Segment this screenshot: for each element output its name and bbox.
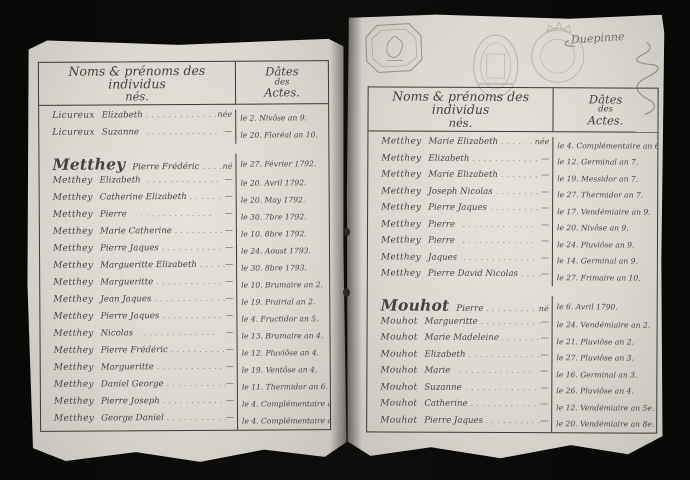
surname: Metthey xyxy=(53,278,93,288)
leader-dots: . . . . . . . . . . . . . xyxy=(487,204,541,212)
surname: Metthey xyxy=(53,244,93,254)
leader-dots: . . . . . . . . . . . . . xyxy=(164,380,226,388)
given-names: Margueritte xyxy=(425,316,478,326)
born-label: — xyxy=(225,243,233,252)
surname: Metthey xyxy=(381,186,421,196)
act-date: le 10. 8bre 1792. xyxy=(236,225,329,243)
binding-speck xyxy=(344,228,350,236)
leader-dots: . . . . . . . . . . . . . xyxy=(455,237,541,245)
name-cell: MettheyPierre. . . . . . . . . . . . .— xyxy=(368,219,552,230)
born-label: — xyxy=(541,269,549,278)
name-cell: MettheyMargueritte. . . . . . . . . . . … xyxy=(40,277,236,288)
register-table-right: Noms & prénoms des individus nés. Dâtes … xyxy=(366,86,659,433)
born-label: — xyxy=(540,350,548,359)
given-names: Elizabeth xyxy=(102,110,143,120)
act-date: le 14. Germinal an 9. xyxy=(552,253,657,270)
born-label: — xyxy=(541,317,549,326)
given-names: Pierre xyxy=(428,236,455,246)
surname: Metthey xyxy=(52,154,125,173)
surname: Licureux xyxy=(52,111,95,121)
given-names: Catherine xyxy=(424,399,467,409)
name-cell: MettheyPierre Frédéric. . . . . . . . . … xyxy=(39,154,235,174)
surname: Metthey xyxy=(381,202,421,212)
leader-dots: . . . . . . . . . . . . . xyxy=(159,244,225,252)
act-date: le 4. Complémentaire an 6. xyxy=(552,137,657,154)
act-date: le 19. Messidor an 7. xyxy=(552,170,657,187)
born-label: — xyxy=(541,187,549,196)
born-label: — xyxy=(225,192,233,201)
binding-speck xyxy=(343,288,350,297)
act-date: le 20. Floréal an 10. xyxy=(235,126,328,144)
given-names: Pierre Jaques xyxy=(424,415,483,425)
surname: Mouhot xyxy=(381,295,450,314)
leader-dots: . . . . . . . . . . . . . xyxy=(518,270,541,278)
leader-dots: . . . . . . . . . . . . . xyxy=(493,187,542,195)
surname: Metthey xyxy=(54,363,94,373)
leader-dots: . . . . . . . . . . . . . xyxy=(151,295,225,303)
register-row: MettheyJean Jaques. . . . . . . . . . . … xyxy=(40,293,329,312)
register-row: MettheyMarie Elizabeth. . . . . . . . . … xyxy=(368,136,657,154)
act-date: le 4. Fructidor an 5. xyxy=(236,310,329,328)
surname: Metthey xyxy=(381,252,421,262)
surname: Mouhot xyxy=(380,365,417,375)
surname: Licureux xyxy=(52,128,95,138)
surname: Metthey xyxy=(381,235,421,245)
given-names: Jaques xyxy=(428,252,457,262)
surname: Metthey xyxy=(54,380,94,390)
surname: Metthey xyxy=(53,261,93,271)
register-row: MettheyJaques. . . . . . . . . . . . .—l… xyxy=(368,252,657,270)
act-date: le 24. Aoust 1793. xyxy=(236,242,329,260)
register-row: MettheyMarie Catherine. . . . . . . . . … xyxy=(40,225,329,244)
leader-dots: . . . . . . . . . . . . . xyxy=(197,261,225,269)
names-column-header: Noms & prénoms des individus nés. xyxy=(368,87,552,131)
surname: Metthey xyxy=(54,414,94,424)
leader-dots: . . . . . . . . . . . . . xyxy=(153,278,225,286)
given-names: Margueritte xyxy=(101,362,154,372)
given-names: Marie Elizabeth xyxy=(428,170,498,180)
born-label: — xyxy=(225,175,233,184)
born-label: — xyxy=(541,154,549,163)
leader-dots: . . . . . . . . . . . . . xyxy=(455,220,541,228)
act-date: le 6. Avril 1790. xyxy=(552,296,657,317)
act-date: le 30. 7bre 1792. xyxy=(236,208,329,226)
surname: Metthey xyxy=(53,176,93,186)
surname: Mouhot xyxy=(380,398,417,408)
act-date: le 24. Pluviôse an 9. xyxy=(552,236,657,253)
given-names: Nicolas xyxy=(101,328,134,338)
surname: Metthey xyxy=(381,153,421,163)
born-label: — xyxy=(541,253,549,262)
given-names: Pierre Frédéric xyxy=(132,162,199,172)
given-names: Joseph Nicolas xyxy=(428,186,492,196)
leader-dots: . . . . . . . . . . . . . xyxy=(133,329,225,338)
names-column-header: Noms & prénoms des individus nés. xyxy=(39,62,235,105)
header-names-line2: nés. xyxy=(368,116,552,129)
leader-dots: . . . . . . . . . . . . . xyxy=(139,128,224,137)
surname: Mouhot xyxy=(380,349,417,359)
name-cell: MouhotPierre. . . . . . . . . . . . .né xyxy=(368,295,552,315)
surname: Mouhot xyxy=(380,415,417,425)
leader-dots: . . . . . . . . . . . . . xyxy=(450,367,540,375)
name-cell: MettheyNicolas. . . . . . . . . . . . .— xyxy=(40,328,236,339)
born-label: — xyxy=(225,209,233,218)
surname: Metthey xyxy=(53,312,93,322)
born-label: — xyxy=(224,127,232,136)
register-page-right: Duepinne Noms & prénoms des individus né… xyxy=(345,13,665,460)
table-header-left: Noms & prénoms des individus nés. Dâtes … xyxy=(39,61,328,106)
surname: Metthey xyxy=(381,219,421,229)
register-row: MettheyJoseph Nicolas. . . . . . . . . .… xyxy=(368,186,657,204)
name-cell: MouhotMarie. . . . . . . . . . . . .— xyxy=(367,365,551,376)
leader-dots: . . . . . . . . . . . . . xyxy=(498,171,541,179)
given-names: Suzanne xyxy=(102,127,139,137)
register-row: MettheyDaniel George. . . . . . . . . . … xyxy=(41,378,330,397)
born-label: — xyxy=(225,260,233,269)
name-cell: MettheyPierre Frédéric. . . . . . . . . … xyxy=(41,345,237,356)
leader-dots: . . . . . . . . . . . . . xyxy=(154,363,226,371)
header-dates-line3: Actes. xyxy=(236,87,328,100)
register-row: MouhotMarie. . . . . . . . . . . . .—le … xyxy=(367,365,656,383)
surname: Mouhot xyxy=(381,316,418,326)
act-date: le 10. Brumaire an 2. xyxy=(236,276,329,294)
given-names: Jean Jaques xyxy=(100,294,151,304)
surname: Metthey xyxy=(54,346,94,356)
leader-dots: . . . . . . . . . . . . . xyxy=(499,334,541,342)
name-cell: MettheyGeorge Daniel. . . . . . . . . . … xyxy=(41,413,237,424)
register-row: MettheyPierre Frédéric. . . . . . . . . … xyxy=(41,344,330,363)
register-row: MettheyMargueritte Elizabeth. . . . . . … xyxy=(40,259,329,278)
name-cell: MouhotSuzanne. . . . . . . . . . . . .— xyxy=(367,382,551,393)
register-row: MettheyPierre Joseph. . . . . . . . . . … xyxy=(41,395,330,414)
name-cell: MettheyMargueritte Elizabeth. . . . . . … xyxy=(40,260,236,271)
given-names: Elizabeth xyxy=(425,349,466,359)
dates-column-header: Dâtes des Actes. xyxy=(235,61,328,104)
act-date: le 17. Vendémiaire an 9. xyxy=(552,203,657,220)
name-cell: MettheyPierre. . . . . . . . . . . . .— xyxy=(368,235,552,246)
given-names: Marie xyxy=(424,366,450,376)
act-date: le 20. Nivôse an 9. xyxy=(552,220,657,237)
given-names: Elizabeth xyxy=(100,175,141,185)
born-label: — xyxy=(226,379,234,388)
given-names: Pierre xyxy=(428,219,455,229)
given-names: Elizabeth xyxy=(428,153,469,163)
name-cell: MettheyDaniel George. . . . . . . . . . … xyxy=(41,379,237,390)
born-label: — xyxy=(540,366,548,375)
table-header-right: Noms & prénoms des individus nés. Dâtes … xyxy=(368,87,657,132)
born-label: — xyxy=(541,170,549,179)
name-cell: MettheyJaques. . . . . . . . . . . . .— xyxy=(368,252,552,263)
given-names: Pierre Joseph xyxy=(101,396,160,406)
register-row: LicureuxElizabeth. . . . . . . . . . . .… xyxy=(39,109,328,128)
act-date: le 24. Vendémiaire an 2. xyxy=(552,317,657,334)
register-row: MouhotSuzanne. . . . . . . . . . . . .—l… xyxy=(367,382,656,400)
register-row: MettheyNicolas. . . . . . . . . . . . .—… xyxy=(40,327,329,346)
entry-group: MettheyMarie Elizabeth. . . . . . . . . … xyxy=(368,136,658,286)
act-date: le 27. Thermidor an 7. xyxy=(552,187,657,204)
given-names: Catherine Elizabeth xyxy=(100,192,187,203)
name-cell: MettheyPierre Joseph. . . . . . . . . . … xyxy=(41,396,237,407)
leader-dots: . . . . . . . . . . . . . xyxy=(160,397,226,405)
name-cell: MouhotMarie Madeleine. . . . . . . . . .… xyxy=(368,332,552,343)
born-label: — xyxy=(225,226,233,235)
surname: Mouhot xyxy=(381,332,418,342)
born-label: — xyxy=(541,333,549,342)
name-cell: MettheyPierre David Nicolas. . . . . . .… xyxy=(368,268,552,279)
register-row: MettheyElizabeth. . . . . . . . . . . . … xyxy=(40,174,329,193)
born-label: — xyxy=(541,220,549,229)
given-names: Suzanne xyxy=(424,382,461,392)
register-row: MettheyMarie Elizabeth. . . . . . . . . … xyxy=(368,169,657,187)
given-names: Pierre Jaques xyxy=(100,243,159,253)
entry-group: LicureuxElizabeth. . . . . . . . . . . .… xyxy=(39,109,328,145)
born-label: — xyxy=(540,399,548,408)
given-names: Margueritte Elizabeth xyxy=(100,260,197,271)
act-date: le 20. Vendémiaire an 8e. xyxy=(551,416,656,433)
register-page-left: Noms & prénoms des individus nés. Dâtes … xyxy=(25,37,348,463)
entry-group: MettheyPierre Frédéric. . . . . . . . . … xyxy=(39,153,330,431)
register-row: MouhotMargueritte. . . . . . . . . . . .… xyxy=(368,316,657,334)
leader-dots: . . . . . . . . . . . . . xyxy=(483,304,538,312)
act-date: le 12. Pluviôse an 4. xyxy=(237,344,330,362)
register-row: MouhotCatherine. . . . . . . . . . . . .… xyxy=(367,398,656,416)
given-names: Marie Elizabeth xyxy=(428,137,498,147)
name-cell: LicureuxSuzanne. . . . . . . . . . . . .… xyxy=(39,127,235,138)
leader-dots: . . . . . . . . . . . . . xyxy=(478,317,541,325)
born-label: — xyxy=(541,236,549,245)
register-rows-left: LicureuxElizabeth. . . . . . . . . . . .… xyxy=(39,104,330,431)
name-cell: MouhotMargueritte. . . . . . . . . . . .… xyxy=(368,316,552,327)
name-cell: MouhotCatherine. . . . . . . . . . . . .… xyxy=(367,398,551,409)
act-date: le 2. Nivôse an 9. xyxy=(235,109,328,127)
act-date: le 27. Février 1792. xyxy=(235,153,328,175)
given-names: Pierre xyxy=(100,209,127,219)
register-row: MettheyCatherine Elizabeth. . . . . . . … xyxy=(40,191,329,210)
name-cell: MettheyMargueritte. . . . . . . . . . . … xyxy=(41,362,237,373)
register-row: MettheyPierre. . . . . . . . . . . . .—l… xyxy=(368,219,657,237)
leader-dots: . . . . . . . . . . . . . xyxy=(483,416,540,424)
leader-dots: . . . . . . . . . . . . . xyxy=(469,154,541,162)
born-label: — xyxy=(226,345,234,354)
name-cell: MettheyMarie Elizabeth. . . . . . . . . … xyxy=(368,169,552,180)
leader-dots: . . . . . . . . . . . . . xyxy=(159,312,225,320)
register-row: LicureuxSuzanne. . . . . . . . . . . . .… xyxy=(39,126,328,145)
register-row: MouhotPierre Jaques. . . . . . . . . . .… xyxy=(367,415,656,433)
given-names: Pierre xyxy=(456,303,483,313)
header-names-line2: nés. xyxy=(39,90,235,103)
surname: Metthey xyxy=(53,210,93,220)
leader-dots: . . . . . . . . . . . . . xyxy=(187,193,225,201)
leader-dots: . . . . . . . . . . . . . xyxy=(172,227,225,235)
given-names: Pierre David Nicolas xyxy=(428,269,518,279)
register-row: MettheyPierre Jaques. . . . . . . . . . … xyxy=(368,202,657,220)
register-row: MettheyGeorge Daniel. . . . . . . . . . … xyxy=(41,412,330,431)
surname: Metthey xyxy=(54,397,94,407)
register-row: MouhotElizabeth. . . . . . . . . . . . .… xyxy=(367,349,656,367)
register-row: MettheyPierre Jaques. . . . . . . . . . … xyxy=(40,310,329,329)
header-dates-line1: Dâtes xyxy=(236,66,328,79)
surname: Metthey xyxy=(381,268,421,278)
born-label: née xyxy=(535,137,550,146)
born-label: née xyxy=(218,110,233,119)
surname: Metthey xyxy=(53,227,93,237)
given-names: Pierre Frédéric xyxy=(101,345,168,355)
leader-dots: . . . . . . . . . . . . . xyxy=(498,138,535,146)
name-cell: MettheyMarie Elizabeth. . . . . . . . . … xyxy=(368,136,552,147)
header-names-line1: Noms & prénoms des individus xyxy=(39,64,235,91)
act-date: le 4. Complémentaire an 6. xyxy=(237,395,330,413)
leader-dots: . . . . . . . . . . . . . xyxy=(168,346,226,354)
leader-dots: . . . . . . . . . . . . . xyxy=(457,253,541,261)
name-cell: MouhotPierre Jaques. . . . . . . . . . .… xyxy=(367,415,551,426)
given-names: Daniel George xyxy=(101,379,164,389)
act-date: le 20. May 1792. xyxy=(236,191,329,209)
born-label: — xyxy=(540,416,548,425)
act-date: le 27. Frimaire an 10. xyxy=(552,269,657,286)
name-cell: MettheyPierre. . . . . . . . . . . . .— xyxy=(40,209,236,220)
born-label: — xyxy=(226,362,234,371)
born-label: — xyxy=(226,413,234,422)
act-date: le 13. Brumaire an 4. xyxy=(236,327,329,345)
leader-dots: . . . . . . . . . . . . . xyxy=(199,163,222,171)
name-cell: MettheyPierre Jaques. . . . . . . . . . … xyxy=(368,202,552,213)
born-label: né xyxy=(223,162,233,171)
name-cell: MettheyCatherine Elizabeth. . . . . . . … xyxy=(40,192,236,203)
binding-gutter xyxy=(330,0,362,480)
entry-group: MouhotPierre. . . . . . . . . . . . .nél… xyxy=(367,295,657,433)
leader-dots: . . . . . . . . . . . . . xyxy=(143,111,218,119)
given-names: Marie Catherine xyxy=(100,226,172,236)
born-label: — xyxy=(225,311,233,320)
act-date: le 4. Complémentaire an 6. xyxy=(237,412,330,430)
register-row: MettheyPierre. . . . . . . . . . . . .—l… xyxy=(368,235,657,253)
header-dates-line3: Actes. xyxy=(553,114,657,127)
crest-stamp-icon xyxy=(532,22,584,82)
leader-dots: . . . . . . . . . . . . . xyxy=(164,414,226,422)
act-date: le 16. Germinal an 3. xyxy=(551,366,656,383)
name-cell: MouhotElizabeth. . . . . . . . . . . . .… xyxy=(367,349,551,360)
leader-dots: . . . . . . . . . . . . . xyxy=(127,210,225,219)
name-cell: MettheyJoseph Nicolas. . . . . . . . . .… xyxy=(368,186,552,197)
given-names: George Daniel xyxy=(101,413,164,423)
leader-dots: . . . . . . . . . . . . . xyxy=(466,350,541,358)
name-cell: MettheyElizabeth. . . . . . . . . . . . … xyxy=(40,175,236,186)
register-row: MettheyPierre Frédéric. . . . . . . . . … xyxy=(39,153,328,176)
act-date: le 21. Pluviôse an 2. xyxy=(552,333,657,350)
surname: Metthey xyxy=(53,193,93,203)
leader-dots: . . . . . . . . . . . . . xyxy=(462,383,541,391)
header-names-line1: Noms & prénoms des individus xyxy=(369,90,553,117)
scanned-register-spread: Noms & prénoms des individus nés. Dâtes … xyxy=(0,0,690,480)
act-date: le 11. Thermidor an 6. xyxy=(237,378,330,396)
act-date: le 27. Pluviôse an 3. xyxy=(551,350,656,367)
born-label: — xyxy=(540,383,548,392)
register-row: MouhotPierre. . . . . . . . . . . . .nél… xyxy=(368,295,657,317)
name-cell: MettheyPierre Jaques. . . . . . . . . . … xyxy=(40,311,236,322)
surname: Metthey xyxy=(381,136,421,146)
born-label: — xyxy=(226,396,234,405)
register-row: MettheyPierre David Nicolas. . . . . . .… xyxy=(368,268,657,286)
name-cell: MettheyMarie Catherine. . . . . . . . . … xyxy=(40,226,236,237)
name-cell: MettheyJean Jaques. . . . . . . . . . . … xyxy=(40,294,236,305)
given-names: Pierre Jaques xyxy=(100,311,159,321)
leader-dots: . . . . . . . . . . . . . xyxy=(468,400,541,408)
register-row: MettheyMargueritte. . . . . . . . . . . … xyxy=(41,361,330,380)
surname: Metthey xyxy=(53,295,93,305)
register-row: MouhotMarie Madeleine. . . . . . . . . .… xyxy=(368,332,657,350)
act-date: le 30. 8bre 1793. xyxy=(236,259,329,277)
name-cell: LicureuxElizabeth. . . . . . . . . . . .… xyxy=(39,110,235,121)
register-row: MettheyPierre. . . . . . . . . . . . .—l… xyxy=(40,208,329,227)
register-row: MettheyMargueritte. . . . . . . . . . . … xyxy=(40,276,329,295)
born-label: — xyxy=(225,328,233,337)
act-date: le 12. Vendémiaire an 5e. xyxy=(551,399,656,416)
octagonal-revenue-stamp-icon xyxy=(366,23,422,72)
surname: Mouhot xyxy=(380,382,417,392)
act-date: le 19. Ventôse an 4. xyxy=(237,361,330,379)
act-date: le 20. Avril 1792. xyxy=(236,174,329,192)
born-label: — xyxy=(225,277,233,286)
surname: Metthey xyxy=(53,329,93,339)
register-rows-right: MettheyMarie Elizabeth. . . . . . . . . … xyxy=(367,131,657,432)
dates-column-header: Dâtes des Actes. xyxy=(552,88,657,131)
register-row: MettheyElizabeth. . . . . . . . . . . . … xyxy=(368,153,657,171)
leader-dots: . . . . . . . . . . . . . xyxy=(141,176,225,185)
born-label: — xyxy=(225,294,233,303)
act-date: le 19. Prairial an 2. xyxy=(236,293,329,311)
given-names: Margueritte xyxy=(100,277,153,287)
born-label: né xyxy=(539,304,549,313)
born-label: — xyxy=(541,203,549,212)
act-date: le 12. Germinal an 7. xyxy=(552,154,657,171)
name-cell: MettheyElizabeth. . . . . . . . . . . . … xyxy=(368,153,552,164)
register-row: MettheyPierre Jaques. . . . . . . . . . … xyxy=(40,242,329,261)
register-table-left: Noms & prénoms des individus nés. Dâtes … xyxy=(38,60,331,432)
given-names: Pierre Jaques xyxy=(428,203,487,213)
surname: Metthey xyxy=(381,169,421,179)
given-names: Marie Madeleine xyxy=(425,333,499,343)
name-cell: MettheyPierre Jaques. . . . . . . . . . … xyxy=(40,243,236,254)
act-date: le 26. Pluviôse an 4. xyxy=(551,383,656,400)
